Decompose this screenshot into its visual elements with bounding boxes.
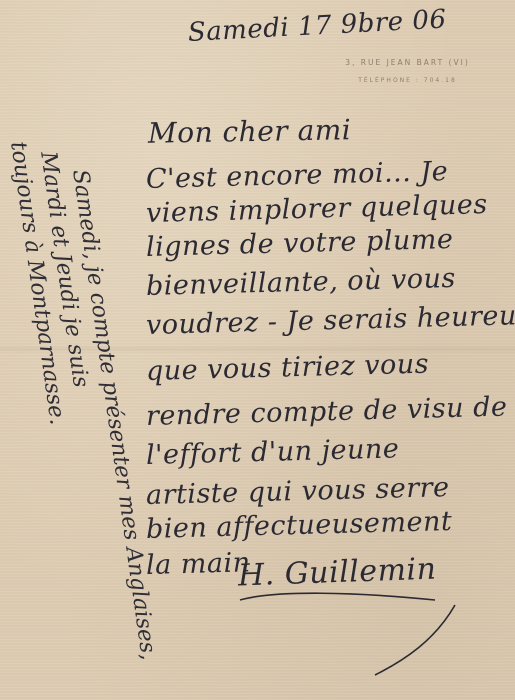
signature-flourish-icon	[235, 560, 465, 680]
body-line: lignes de votre plume	[146, 224, 454, 263]
letter-date: Samedi 17 9bre 06	[187, 4, 447, 48]
body-line: rendre compte de visu de	[146, 392, 508, 432]
body-line: bienveillante, où vous	[146, 263, 457, 302]
body-line: que vous tiriez vous	[146, 349, 430, 387]
body-line: viens implorer quelques	[146, 189, 488, 229]
letterhead-address: 3, RUE JEAN BART (VI)	[345, 58, 470, 67]
body-line: C'est encore moi... Je	[146, 156, 449, 195]
body-line: bien affectueusement	[146, 506, 453, 545]
body-line: voudrez - Je serais heureux	[146, 300, 515, 341]
letter-page: Samedi 17 9bre 06 3, RUE JEAN BART (VI) …	[0, 0, 515, 700]
salutation: Mon cher ami	[148, 113, 352, 150]
body-line: artiste qui vous serre	[146, 472, 450, 511]
body-line: l'effort d'un jeune	[146, 433, 400, 471]
letterhead-telephone: TÉLÉPHONE : 704.18	[345, 77, 470, 84]
